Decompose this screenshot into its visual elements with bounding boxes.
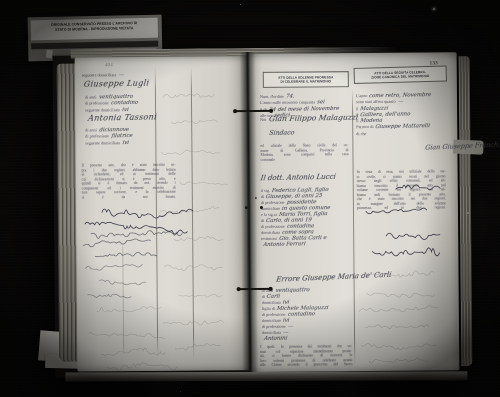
form-line: seguente domiciliataivi [85, 140, 132, 147]
binding-gutter [240, 52, 259, 372]
celebrant-line: Il dott. Antonio Lucci [260, 173, 336, 182]
bleedthrough-writing [164, 256, 218, 274]
form-lines: di annidiciannovedi professionefilatrice… [85, 127, 132, 146]
bleedthrough-writing [89, 323, 159, 342]
bleedthrough-writing [365, 317, 427, 336]
printed-text: domiciliata [262, 330, 281, 335]
bleedthrough-writing [97, 301, 161, 320]
printed-text: di che [356, 131, 366, 136]
printed-text: figlia di [262, 306, 275, 311]
printed-text: il [356, 106, 358, 111]
printed-text: Num. d'ordine [260, 94, 284, 99]
binding-knot [245, 206, 248, 209]
signature-flourish [372, 242, 438, 261]
printed-text: domiciliata [262, 300, 281, 305]
bleedthrough-writing [174, 228, 220, 246]
register-book: 404 seguente domiciliata— Giuseppe Lugli… [45, 42, 468, 390]
printed-text: di professione [261, 200, 285, 205]
bleedthrough-writing [107, 357, 173, 376]
page-number-left: 404 [105, 63, 113, 68]
printed-text: di professione [262, 324, 286, 329]
header-box-promise: ATTI DELLA SOLENNE PROMESSA DI CELEBRARE… [263, 71, 349, 88]
handwritten-text: Giuseppe Mattarelli [375, 125, 430, 131]
printed-text: il [356, 112, 358, 117]
handwritten-text: 74. [286, 95, 295, 100]
dust-speck [467, 212, 469, 214]
printed-text: domiciliato [261, 206, 280, 211]
printed-text: il sig. [261, 188, 270, 193]
form-line: di che [356, 130, 431, 136]
handwritten-text: Antonio Ferrari [263, 241, 306, 248]
bleedthrough-writing [160, 201, 218, 220]
form-line: Parroco diGiuseppe Mattarelli [356, 124, 432, 131]
left-page: 404 seguente domiciliata— Giuseppe Lugli… [75, 56, 250, 371]
column-divider-rule [352, 89, 355, 365]
groom-name: Giuseppe Lugli [83, 79, 150, 89]
bleedthrough-writing [360, 264, 432, 283]
office-paragraph: ed ufiziale dello Stato civile del co-mu… [260, 143, 348, 162]
bleedthrough-writing [171, 111, 213, 129]
binding-knot [260, 206, 263, 209]
printed-text: di anni [85, 127, 97, 132]
printed-text: Noi [260, 117, 266, 122]
bride-name: Antonia Tassoni [87, 112, 157, 122]
bleedthrough-writing [163, 312, 219, 330]
printed-text: di [262, 294, 265, 299]
form-line: Antonio Ferrari [261, 241, 331, 248]
handwritten-insert [366, 201, 422, 219]
handwritten-insert [396, 178, 436, 196]
dust-speck [180, 391, 181, 392]
form-line: Noi Gian Filippo Malaguzzi [260, 115, 358, 122]
printed-text: il [356, 118, 358, 123]
promise-header-line-2: DI CELEBRARE IL MATRIMONIO [266, 79, 346, 84]
bleedthrough-writing [180, 171, 224, 189]
handwritten-text: ivi [122, 141, 129, 146]
dust-speck [240, 4, 241, 5]
bleedthrough-writing [367, 282, 433, 301]
printed-text: seguente domiciliata [82, 72, 117, 77]
handwritten-text: — [118, 73, 124, 78]
right-page: 133 ATTI DELLA SOLENNE PROMESSA DI CELEB… [247, 52, 460, 372]
form-lines: di anniventiquattrodi professionecontadi… [85, 94, 138, 113]
page-stack-edge-right [459, 56, 473, 366]
form-line: comunale [260, 157, 348, 162]
form-line: seguente domiciliata— [82, 72, 124, 79]
printed-text: e la sig.ra [261, 212, 277, 217]
printed-text: domiciliato [262, 318, 281, 323]
binding-tie [240, 288, 270, 290]
printed-text: seguente domiciliata [85, 140, 120, 145]
dust-speck [433, 8, 435, 10]
printed-text: di professione [262, 312, 286, 317]
printed-text: testimoni [261, 236, 277, 241]
printed-text: domiciliata [261, 230, 280, 235]
form-line: si è da noi fissata. [82, 194, 176, 199]
printed-text: di anni [85, 94, 97, 99]
form-lines: seguente domiciliata— [82, 72, 124, 79]
printed-text: L'anno mille ottocento cinquanta [260, 100, 315, 105]
binding-tie [236, 110, 270, 112]
handwritten-text: Carli [267, 294, 281, 300]
handwritten-text: Antonini [264, 336, 288, 342]
celebration-header-line-2: ZIONE CANONICA DEL MATRIMONIO [357, 74, 444, 81]
official-row: Noi Gian Filippo Malaguzzi [260, 115, 358, 122]
printed-text: seguente domiciliato [85, 107, 120, 112]
printed-text: di professione [85, 134, 109, 139]
microfilm-scan: ORIGINALE CONSERVATO PRESSO L'ARCHIVIO D… [0, 0, 500, 397]
official-title: Sindaco [269, 130, 295, 137]
form-lines: di anniventiquattrodiCarlidomiciliataivi… [262, 287, 329, 342]
handwritten-text: contadino [110, 101, 138, 107]
archive-stamp: ORIGINALE CONSERVATO PRESSO L'ARCHIVIO D… [31, 18, 158, 41]
signature-flourish [88, 284, 130, 302]
handwritten-text: — [397, 100, 403, 105]
official-name: Gian Filippo Malaguzzi [269, 115, 359, 122]
bleedthrough-writing [163, 86, 213, 104]
printed-text: di [261, 194, 264, 199]
form-line: Antonini [262, 335, 329, 342]
form-line: alla Chiesa secondo il prescritto del Sa… [260, 362, 352, 367]
bleedthrough-writing [179, 284, 221, 302]
bleedthrough-writing [161, 141, 217, 159]
printed-text: di professione [85, 101, 109, 106]
closing-paragraph: I quali: In presenza dei testimoni che v… [260, 344, 352, 367]
printed-text: di [261, 218, 264, 223]
form-lines: L'annocome retro, Novembresono stati aff… [356, 92, 432, 136]
printed-text: di professione [261, 224, 285, 229]
closing-paragraph: Il presente atto, che è stato inscritto … [82, 163, 176, 200]
printed-text: sono stati affissi quanto [356, 99, 396, 104]
printed-text: Parroco di [356, 124, 373, 129]
handwritten-text: contadino [287, 311, 315, 318]
bleedthrough-writing [369, 351, 427, 370]
form-lines: il sig.Federico Lugli, figliodiGiuseppe,… [261, 187, 331, 248]
printed-text: L'anno [356, 93, 367, 98]
bleedthrough-writing [175, 338, 219, 356]
header-box-celebration: ATTI DELLA SEGUITA CELEBRA- ZIONE CANONI… [354, 66, 447, 84]
